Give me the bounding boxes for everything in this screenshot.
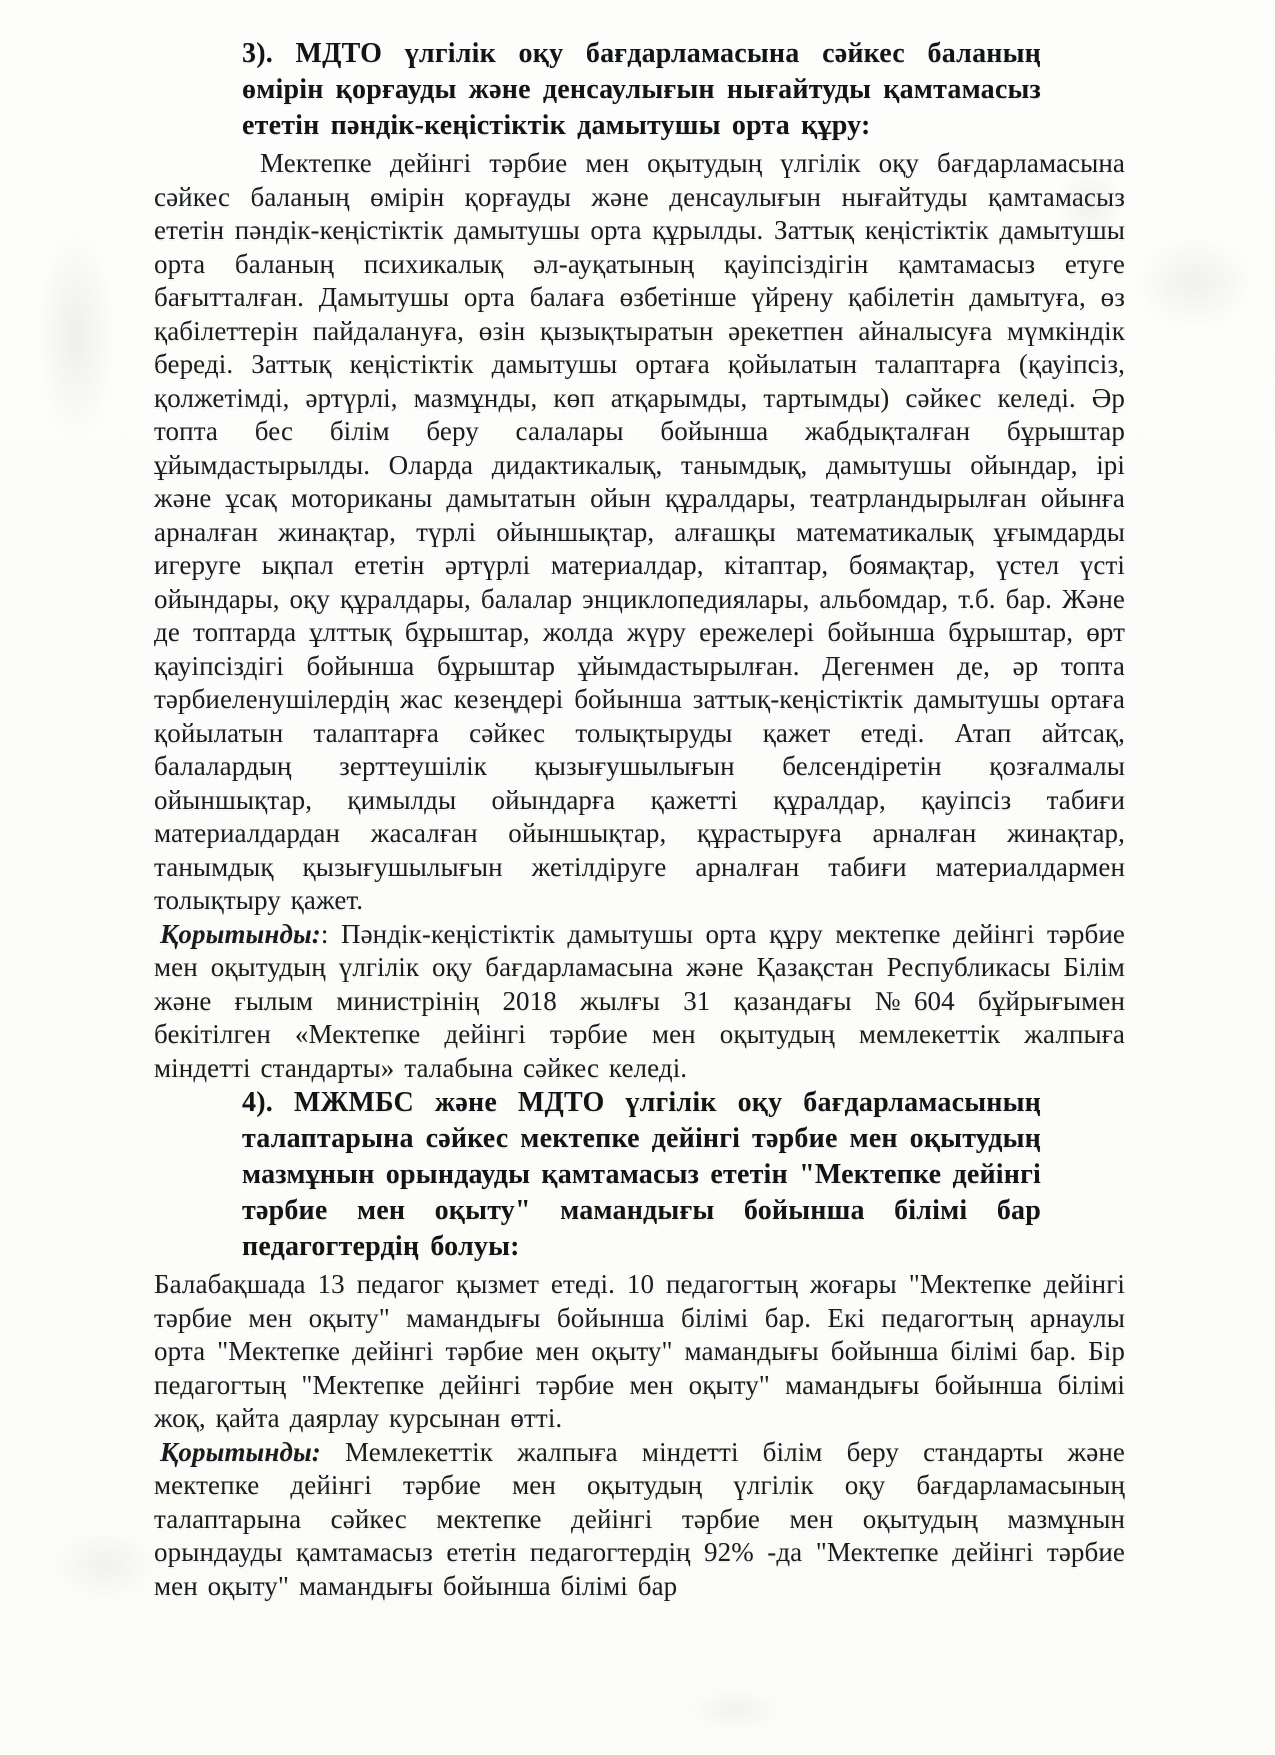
- scan-artifact: [55, 1530, 155, 1600]
- section-4-heading: 4). МЖМБС және МДТО үлгілік оқу бағдарла…: [242, 1085, 1041, 1265]
- section-3-conclusion-label: Қорытынды:: [160, 919, 321, 949]
- scanned-document-page: 3). МДТО үлгілік оқу бағдарламасына сәйк…: [0, 0, 1275, 1755]
- section-3-conclusion-label-suffix: :: [321, 919, 329, 949]
- section-4-conclusion-label: Қорытынды:: [160, 1437, 321, 1467]
- scan-artifact: [690, 1690, 780, 1730]
- section-4-conclusion: Қорытынды: Мемлекеттік жалпыға міндетті …: [154, 1436, 1125, 1604]
- section-3-paragraph: Мектепке дейінгі тәрбие мен оқытудың үлг…: [154, 147, 1125, 918]
- section-3-heading: 3). МДТО үлгілік оқу бағдарламасына сәйк…: [242, 36, 1041, 144]
- scan-artifact: [36, 230, 116, 440]
- section-3-conclusion: Қорытынды:: Пәндік-кеңістіктік дамытушы …: [154, 918, 1125, 1086]
- section-4-paragraph: Балабақшада 13 педагог қызмет етеді. 10 …: [154, 1268, 1125, 1436]
- scan-artifact: [1135, 235, 1255, 330]
